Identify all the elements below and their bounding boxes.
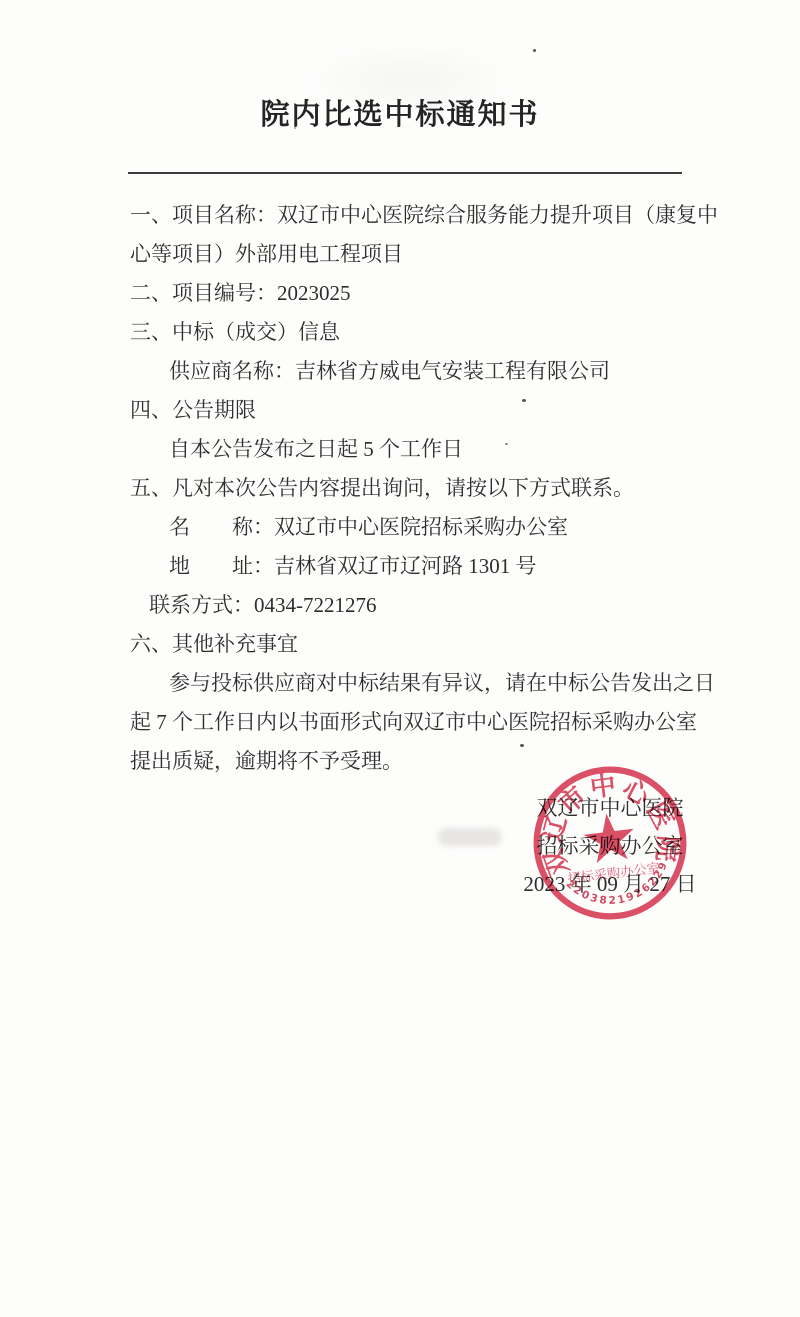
document-page: 院内比选中标通知书 一、项目名称：双辽市中心医院综合服务能力提升项目（康复中 心… [0,0,800,1317]
title-divider-line [128,172,682,174]
body-line-objection-1: 参与投标供应商对中标结果有异议，请在中标公告发出之日 [130,664,682,703]
seal-star-icon [581,811,637,865]
body-line-period-detail: 自本公告发布之日起 5 个工作日 [130,430,682,469]
body-line-contact-phone: 联系方式：0434-7221276 [130,586,682,625]
scan-speck [520,744,524,747]
body-line-inquiry: 五、凡对本次公告内容提出询问，请按以下方式联系。 [130,469,682,508]
body-line-contact-addr: 地 址：吉林省双辽市辽河路 1301 号 [130,547,682,586]
body-line-contact-name: 名 称：双辽市中心医院招标采购办公室 [130,508,682,547]
body-line-project-name-2: 心等项目）外部用电工程项目 [130,235,682,274]
bleed-through-smudge [438,828,502,846]
scan-speck [505,443,508,445]
body-line-supplier-name: 供应商名称：吉林省方威电气安装工程有限公司 [130,352,682,391]
body-line-project-number: 二、项目编号：2023025 [130,274,682,313]
official-seal-stamp: 双辽市中心医院 招标采购办公室 2203821926229 [523,756,697,930]
body-line-project-name-1: 一、项目名称：双辽市中心医院综合服务能力提升项目（康复中 [130,196,682,235]
body-line-objection-2: 起 7 个工作日内以书面形式向双辽市中心医院招标采购办公室 [130,703,682,742]
scan-speck [533,49,536,52]
body-line-other-matters: 六、其他补充事宜 [130,625,682,664]
scan-speck [294,127,296,129]
document-title: 院内比选中标通知书 [0,92,800,133]
body-line-award-info: 三、中标（成交）信息 [130,313,682,352]
document-body: 一、项目名称：双辽市中心医院综合服务能力提升项目（康复中 心等项目）外部用电工程… [130,196,682,781]
scan-speck [522,399,526,402]
body-line-notice-period: 四、公告期限 [130,391,682,430]
scan-speck [456,486,458,488]
